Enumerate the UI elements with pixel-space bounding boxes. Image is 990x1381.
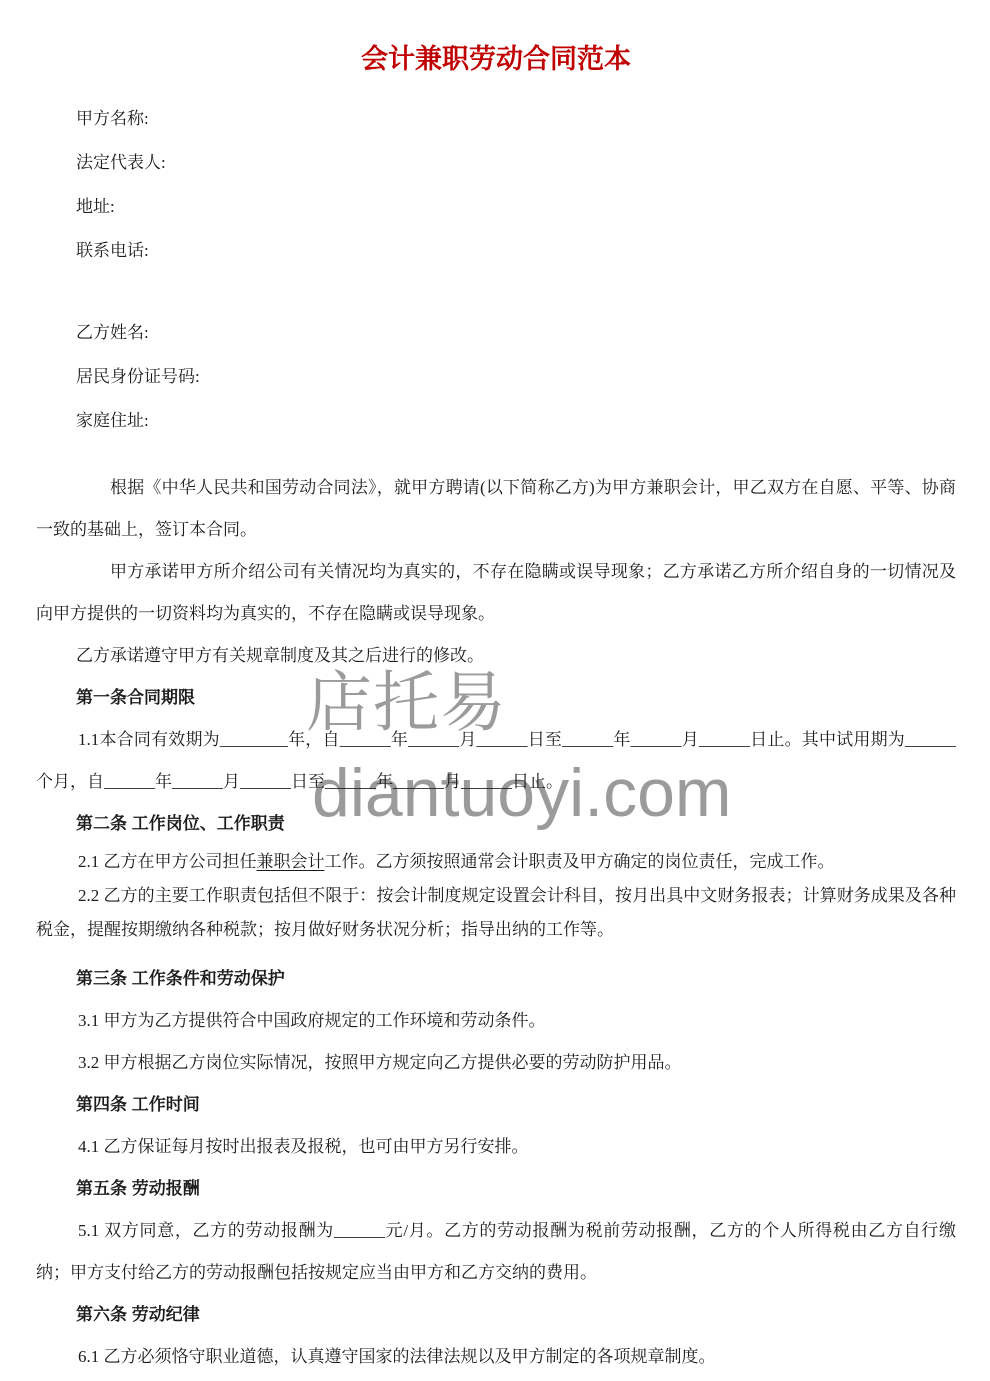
clause-3-1: 3.1 甲方为乙方提供符合中国政府规定的工作环境和劳动条件。 — [36, 1000, 956, 1042]
doc-title: 会计兼职劳动合同范本 — [36, 41, 956, 77]
article-3-heading: 第三条 工作条件和劳动保护 — [36, 958, 956, 1000]
party-b-home-address-label: 家庭住址: — [36, 399, 956, 443]
intro-paragraph-2: 甲方承诺甲方所介绍公司有关情况均为真实的，不存在隐瞒或误导现象；乙方承诺乙方所介… — [36, 551, 956, 635]
clause-2-2: 2.2 乙方的主要工作职责包括但不限于：按会计制度规定设置会计科目，按月出具中文… — [36, 879, 956, 947]
party-a-phone-label: 联系电话: — [36, 229, 956, 273]
clause-2-1-underlined-term: 兼职会计 — [257, 852, 325, 871]
party-b-name-label: 乙方姓名: — [36, 311, 956, 355]
clause-5-1: 5.1 双方同意，乙方的劳动报酬为______元/月。乙方的劳动报酬为税前劳动报… — [36, 1210, 956, 1294]
article-1-heading: 第一条合同期限 — [36, 677, 956, 719]
party-a-legal-rep-label: 法定代表人: — [36, 141, 956, 185]
document-content: 会计兼职劳动合同范本 甲方名称: 法定代表人: 地址: 联系电话: 乙方姓名: … — [0, 0, 990, 1378]
clause-6-1: 6.1 乙方必须恪守职业道德，认真遵守国家的法律法规以及甲方制定的各项规章制度。 — [36, 1336, 956, 1378]
article-5-heading: 第五条 劳动报酬 — [36, 1168, 956, 1210]
clause-1-1: 1.1本合同有效期为________年，自______年______月_____… — [36, 719, 956, 803]
article-2-heading: 第二条 工作岗位、工作职责 — [36, 803, 956, 845]
article-6-heading: 第六条 劳动纪律 — [36, 1294, 956, 1336]
clause-2-1-pre: 2.1 乙方在甲方公司担任 — [78, 852, 257, 871]
article-4-heading: 第四条 工作时间 — [36, 1084, 956, 1126]
party-b-id-label: 居民身份证号码: — [36, 355, 956, 399]
party-a-address-label: 地址: — [36, 185, 956, 229]
clause-2-1: 2.1 乙方在甲方公司担任兼职会计工作。乙方须按照通常会计职责及甲方确定的岗位责… — [36, 845, 956, 879]
document-page: 店托易 diantuoyi.com 会计兼职劳动合同范本 甲方名称: 法定代表人… — [0, 0, 990, 1381]
party-a-name-label: 甲方名称: — [36, 97, 956, 141]
clause-4-1: 4.1 乙方保证每月按时出报表及报税，也可由甲方另行安排。 — [36, 1126, 956, 1168]
clause-3-2: 3.2 甲方根据乙方岗位实际情况，按照甲方规定向乙方提供必要的劳动防护用品。 — [36, 1042, 956, 1084]
clause-2-1-post: 工作。乙方须按照通常会计职责及甲方确定的岗位责任，完成工作。 — [325, 852, 835, 871]
intro-paragraph-1: 根据《中华人民共和国劳动合同法》，就甲方聘请(以下简称乙方)为甲方兼职会计，甲乙… — [36, 467, 956, 551]
intro-paragraph-3: 乙方承诺遵守甲方有关规章制度及其之后进行的修改。 — [36, 635, 956, 677]
